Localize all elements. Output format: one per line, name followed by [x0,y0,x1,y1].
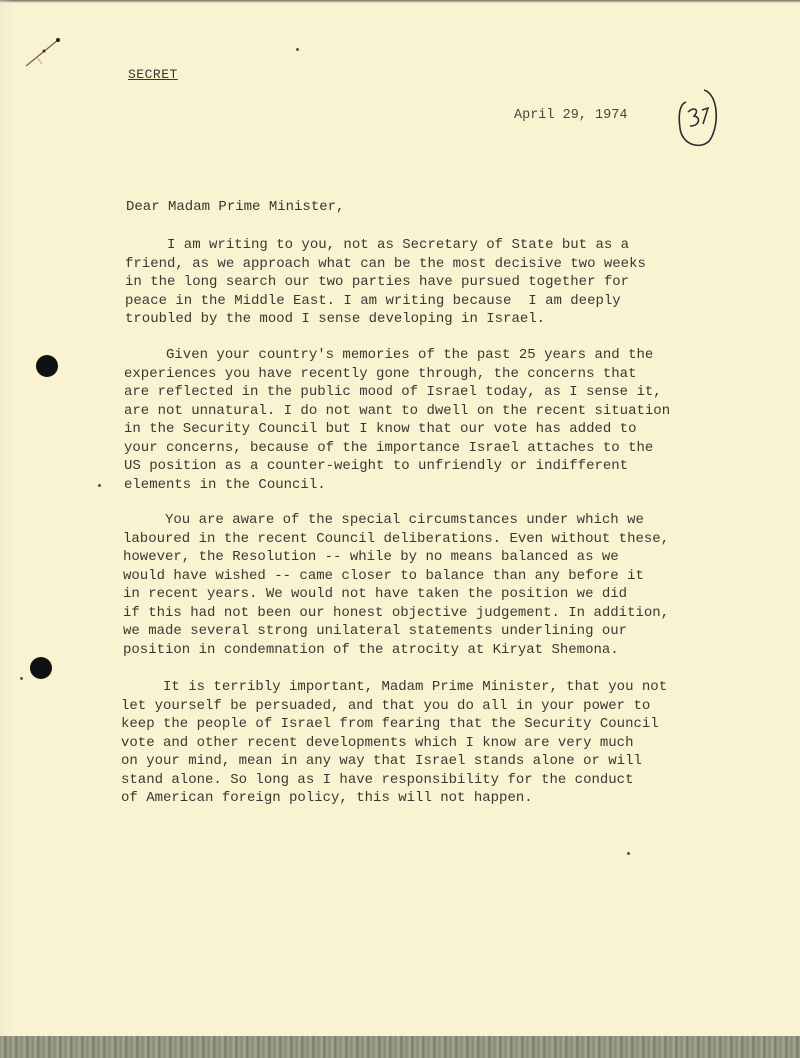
text-line: friend, as we approach what can be the m… [125,255,765,274]
letter-date: April 29, 1974 [514,108,627,123]
paragraph-3: You are aware of the special circumstanc… [123,511,763,659]
text-line: your concerns, because of the importance… [124,439,764,458]
pen-mark-icon [22,36,62,70]
text-line: It is terribly important, Madam Prime Mi… [121,678,761,697]
text-line: peace in the Middle East. I am writing b… [125,292,765,311]
text-line: are not unnatural. I do not want to dwel… [124,402,764,421]
text-line: elements in the Council. [124,476,764,495]
text-line: stand alone. So long as I have responsib… [121,771,761,790]
text-line: keep the people of Israel from fearing t… [121,715,761,734]
classification-marking: SECRET [128,67,178,82]
text-line: of American foreign policy, this will no… [121,789,761,808]
text-line: troubled by the mood I sense developing … [125,310,765,329]
text-line: in the Security Council but I know that … [124,420,764,439]
text-line: Given your country's memories of the pas… [124,346,764,365]
text-line: position in condemnation of the atrocity… [123,641,763,660]
text-line: laboured in the recent Council deliberat… [123,530,763,549]
punch-hole-bottom [30,657,52,679]
text-line: experiences you have recently gone throu… [124,365,764,384]
handwritten-page-number-icon [674,84,722,148]
paragraph-1: I am writing to you, not as Secretary of… [125,236,765,329]
text-line: would have wished -- came closer to bala… [123,567,763,586]
text-line: let yourself be persuaded, and that you … [121,697,761,716]
text-line: You are aware of the special circumstanc… [123,511,763,530]
speck-mark [20,677,23,680]
salutation: Dear Madam Prime Minister, [126,199,344,215]
text-line: if this had not been our honest objectiv… [123,604,763,623]
paragraph-2: Given your country's memories of the pas… [124,346,764,494]
letter-page: SECRET April 29, 1974 Dear Madam Prime M… [0,0,800,1058]
text-line: in the long search our two parties have … [125,273,765,292]
speck-mark [296,48,299,51]
text-line: vote and other recent developments which… [121,734,761,753]
text-line: we made several strong unilateral statem… [123,622,763,641]
text-line: are reflected in the public mood of Isra… [124,383,764,402]
scan-edge-strip [0,1036,800,1058]
text-line: I am writing to you, not as Secretary of… [125,236,765,255]
speck-mark [98,484,101,487]
speck-mark [627,852,630,855]
text-line: in recent years. We would not have taken… [123,585,763,604]
text-line: US position as a counter-weight to unfri… [124,457,764,476]
text-line: on your mind, mean in any way that Israe… [121,752,761,771]
paragraph-4: It is terribly important, Madam Prime Mi… [121,678,761,808]
punch-hole-top [36,355,58,377]
text-line: however, the Resolution -- while by no m… [123,548,763,567]
